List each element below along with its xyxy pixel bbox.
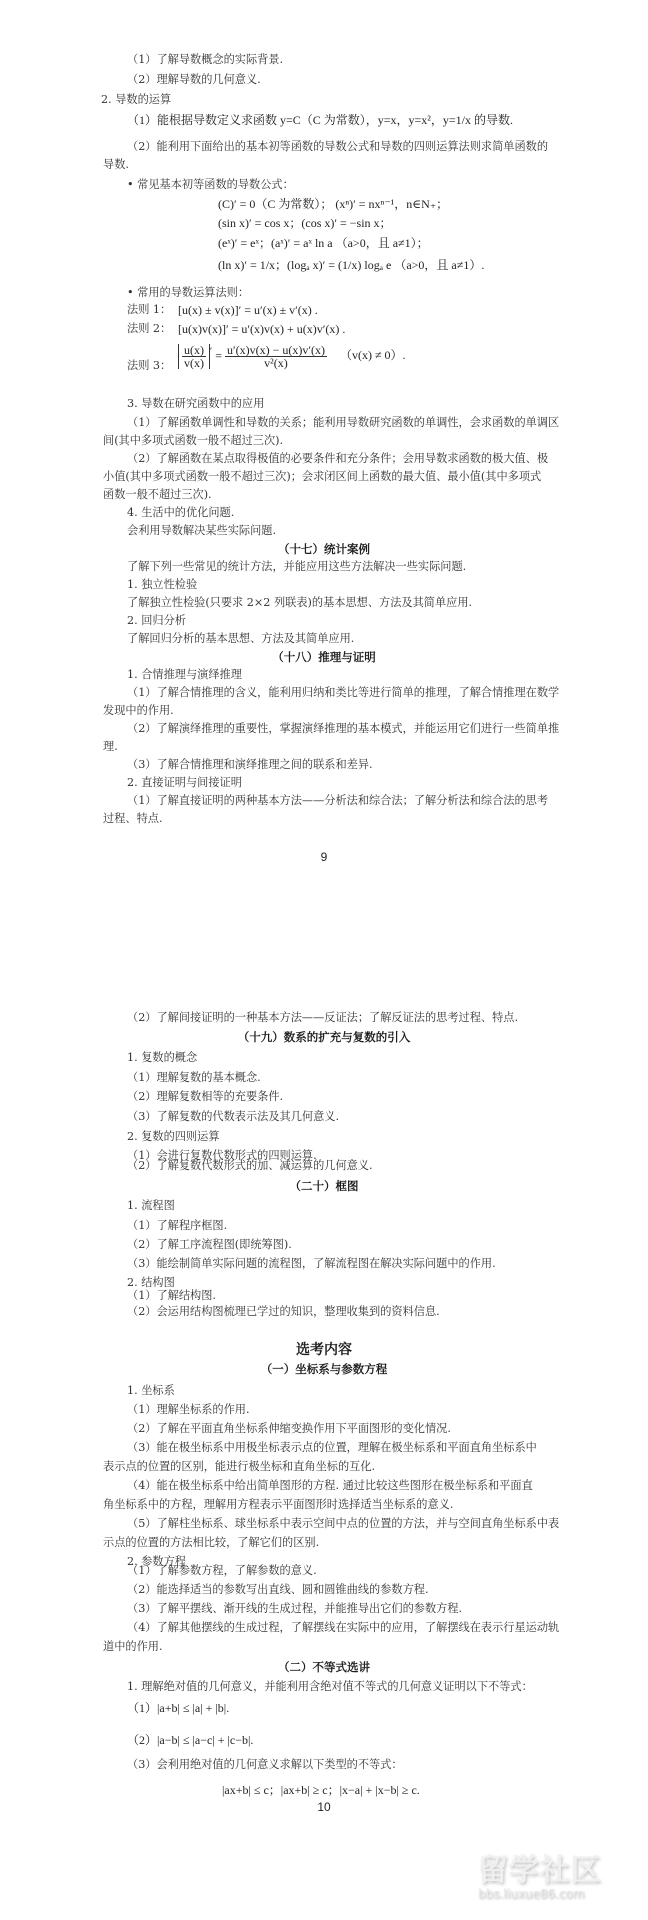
formula-line: [u(x) ± v(x)]′ = u′(x) ± v′(x) .: [178, 303, 318, 317]
part-title: 选考内容: [0, 1343, 648, 1357]
bullet-item: • 常用的导数运算法则：: [127, 286, 249, 300]
text-line: 了解下列一些常见的统计方法，并能应用这些方法解决一些实际问题.: [127, 560, 466, 574]
section-heading: 2. 导数的运算: [101, 93, 171, 107]
section-heading: 3. 导数在研究函数中的应用: [127, 397, 264, 411]
section-heading: 2. 直接证明与间接证明: [127, 776, 242, 790]
text-line: 小值(其中多项式函数一般不超过三次)；会求闭区间上函数的最大值、最小值(其中多项…: [103, 470, 541, 484]
section-heading: 2. 结构图: [127, 1276, 175, 1290]
text-line: 角坐标系中的方程，理解用方程表示平面图形时选择适当坐标系的意义.: [103, 1498, 453, 1512]
text-line: （2）了解函数在某点取得极值的必要条件和充分条件；会用导数求函数的极大值、极: [127, 452, 548, 466]
watermark-url: bbs.liuxue86.com: [478, 1887, 602, 1901]
text-line: （1）了解直接证明的两种基本方法——分析法和综合法；了解分析法和综合法的思考: [127, 794, 548, 808]
section-heading: 1. 复数的概念: [127, 1051, 197, 1065]
text-line: 了解独立性检验(只要求 2×2 列联表)的基本思想、方法及其简单应用.: [127, 596, 472, 610]
text-line: （2）了解在平面直角坐标系伸缩变换作用下平面图形的变化情况.: [127, 1422, 451, 1436]
formula-line: (sin x)′ = cos x；(cos x)′ = −sin x；: [218, 216, 392, 230]
inequality-line: |ax+b| ≤ c；|ax+b| ≥ c；|x−a| + |x−b| ≥ c.: [222, 1783, 420, 1797]
rule-label: 法则 2：: [127, 322, 171, 336]
text-line: （1）理解复数的基本概念.: [127, 1071, 261, 1085]
chapter-title: （二）不等式选讲: [0, 1660, 648, 1674]
text-line: 过程、特点.: [103, 812, 163, 826]
text-line: （3）能绘制简单实际问题的流程图，了解流程图在解决实际问题中的作用.: [127, 1257, 496, 1271]
section-heading: 1. 流程图: [127, 1199, 175, 1213]
text-line: （2）理解复数相等的充要条件.: [127, 1090, 283, 1104]
text-line: 表示点的位置的区别，能进行极坐标和直角坐标的互化.: [103, 1460, 375, 1474]
text-line: （1）了解参数方程，了解参数的意义.: [127, 1564, 317, 1578]
text-line: （2）了解复数代数形式的加、减运算的几何意义.: [127, 1159, 373, 1173]
text-line: 导数.: [103, 158, 129, 172]
chapter-title: （十七）统计案例: [0, 542, 648, 556]
text-line: （1）了解结构图.: [127, 1289, 216, 1303]
fraction: u′(x)v(x) − u(x)v′(x) v²(x): [225, 344, 327, 369]
formula-line: (C)′ = 0（C 为常数）； (xⁿ)′ = nxⁿ⁻¹，n∈N₊；: [218, 197, 448, 211]
text-line: （2）能选择适当的参数写出直线、圆和圆锥曲线的参数方程.: [127, 1583, 429, 1597]
text-line: 发现中的作用.: [103, 704, 174, 718]
text-line: 函数一般不超过三次).: [103, 488, 212, 502]
text-line: （3）会利用绝对值的几何意义求解以下类型的不等式：: [127, 1758, 403, 1772]
text-line: （1）了解导数概念的实际背景.: [127, 53, 283, 67]
chapter-title: （二十）框图: [0, 1179, 648, 1193]
text-line: 了解回归分析的基本思想、方法及其简单应用.: [127, 632, 354, 646]
rule-label: 法则 3：: [127, 359, 171, 373]
text-line: （4）能在极坐标系中给出简单图形的方程. 通过比较这些图形在极坐标系和平面直: [127, 1479, 533, 1493]
quotient-rule-formula: u(x) v(x) ′ = u′(x)v(x) − u(x)v′(x) v²(x…: [178, 344, 406, 369]
text-line: 间(其中多项式函数一般不超过三次).: [103, 434, 283, 448]
text-line: （2）会运用结构图梳理已学过的知识，整理收集到的资料信息.: [127, 1305, 440, 1319]
formula-line: （1）能根据导数定义求函数 y=C（C 为常数），y=x，y=x²，y=1/x …: [127, 113, 513, 127]
watermark: 留学社区 bbs.liuxue86.com: [478, 1855, 602, 1901]
section-heading: 1. 合情推理与演绎推理: [127, 668, 242, 682]
chapter-title: （十九）数系的扩充与复数的引入: [0, 1030, 648, 1044]
section-heading: 4. 生活中的优化问题.: [127, 506, 234, 520]
text-line: （5）了解柱坐标系、球坐标系中表示空间中点的位置的方法，并与空间直角坐标系中表: [127, 1517, 559, 1531]
bracket-expression: u(x) v(x): [178, 344, 210, 369]
bullet-item: • 常见基本初等函数的导数公式：: [127, 178, 294, 192]
text-line: （2）能利用下面给出的基本初等函数的导数公式和导数的四则运算法则求简单函数的: [127, 140, 548, 154]
text-line: （3）了解复数的代数表示法及其几何意义.: [127, 1110, 339, 1124]
text-line: （2）了解演绎推理的重要性，掌握演绎推理的基本模式，并能运用它们进行一些简单推: [127, 722, 559, 736]
text-line: （3）了解平摆线、渐开线的生成过程，并能推导出它们的参数方程.: [127, 1602, 462, 1616]
text-line: （1）了解合情推理的含义，能利用归纳和类比等进行简单的推理，了解合情推理在数学: [127, 686, 559, 700]
text-line: （3）能在极坐标系中用极坐标表示点的位置，理解在极坐标系和平面直角坐标系中: [127, 1441, 537, 1455]
section-heading: 1. 独立性检验: [127, 578, 197, 592]
formula-line: (eˣ)′ = eˣ；(aˣ)′ = aˣ ln a （a>0，且 a≠1）；: [218, 236, 429, 250]
inequality-line: （1）|a+b| ≤ |a| + |b|.: [127, 1701, 229, 1715]
text-line: （4）了解其他摆线的生成过程，了解摆线在实际中的应用，了解摆线在表示行星运动轨: [127, 1621, 559, 1635]
text-line: 会利用导数解决某些实际问题.: [127, 524, 276, 538]
fraction: u(x) v(x): [182, 344, 206, 369]
text-line: 示点的位置的方法相比较，了解它们的区别.: [103, 1536, 319, 1550]
text-line: （3）了解合情推理和演绎推理之间的联系和差异.: [127, 758, 373, 772]
text-line: 道中的作用.: [103, 1640, 163, 1654]
text-line: （2）了解间接证明的一种基本方法——反证法；了解反证法的思考过程、特点.: [127, 1011, 518, 1025]
rule-label: 法则 1：: [127, 303, 171, 317]
formula-line: [u(x)v(x)]′ = u′(x)v(x) + u(x)v′(x) .: [178, 322, 345, 336]
text-line: （2）理解导数的几何意义.: [127, 73, 261, 87]
inequality-line: （2）|a−b| ≤ |a−c| + |c−b|.: [127, 1733, 253, 1747]
text-line: （1）了解函数单调性和导数的关系；能利用导数研究函数的单调性，会求函数的单调区: [127, 416, 559, 430]
text-line: （1）理解坐标系的作用.: [127, 1403, 250, 1417]
text-line: 理.: [103, 740, 118, 754]
page-number: 10: [0, 1800, 648, 1814]
text-line: （1）了解程序框图.: [127, 1219, 227, 1233]
chapter-title: （一）坐标系与参数方程: [0, 1362, 648, 1376]
section-heading: 2. 回归分析: [127, 614, 186, 628]
chapter-title: （十八）推理与证明: [0, 650, 648, 664]
page-number: 9: [0, 850, 648, 864]
watermark-logo-text: 留学社区: [478, 1855, 602, 1887]
section-heading: 2. 复数的四则运算: [127, 1130, 220, 1144]
formula-line: (ln x)′ = 1/x；(logₐ x)′ = (1/x) logₐ e （…: [218, 258, 484, 272]
section-heading: 1. 坐标系: [127, 1384, 175, 1398]
text-line: 1. 理解绝对值的几何意义，并能利用含绝对值不等式的几何意义证明以下不等式：: [127, 1680, 533, 1694]
text-line: （2）了解工序流程图(即统筹图).: [127, 1238, 292, 1252]
